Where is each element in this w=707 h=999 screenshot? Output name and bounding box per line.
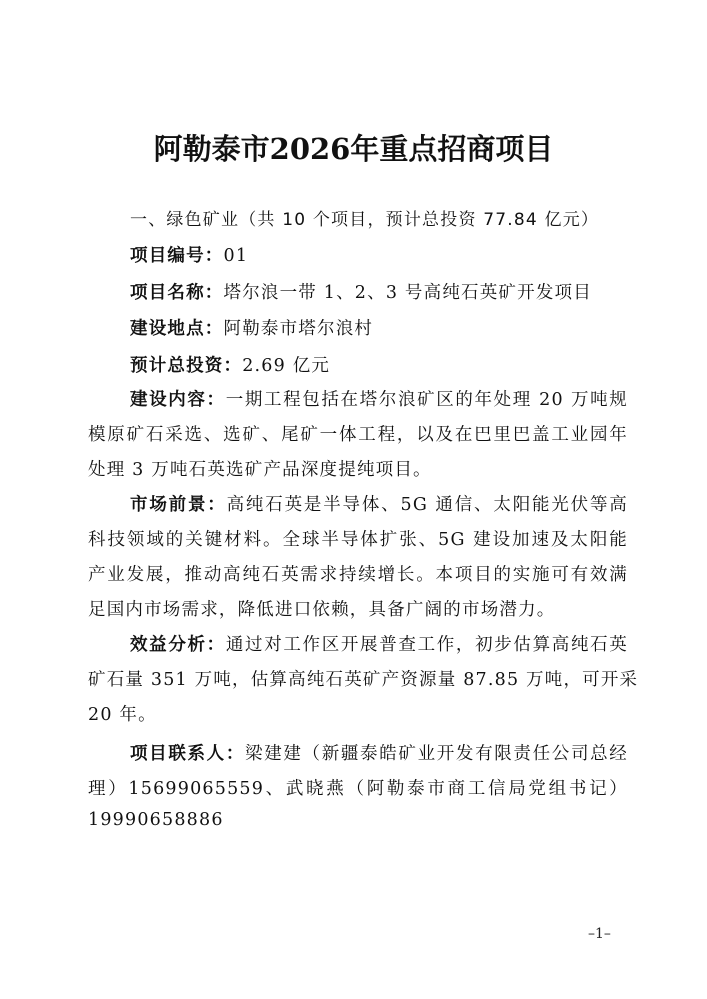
- contact-line-3: 19990658886: [88, 810, 628, 830]
- content-label: 建设内容：: [130, 390, 226, 410]
- location-value: 阿勒泰市塔尔浪村: [224, 319, 374, 339]
- market-line-4: 足国内市场需求，降低进口依赖，具备广阔的市场潜力。: [88, 596, 628, 621]
- investment-label: 预计总投资：: [130, 356, 242, 376]
- benefit-line-1: 效益分析：通过对工作区开展普查工作，初步估算高纯石英: [130, 631, 628, 656]
- project-name-label: 项目名称：: [130, 283, 224, 303]
- contact-label: 项目联系人：: [130, 744, 245, 764]
- content-line-2: 模原矿石采选、选矿、尾矿一体工程，以及在巴里巴盖工业园年: [88, 421, 628, 446]
- project-number-row: 项目编号：01: [130, 242, 670, 267]
- market-label: 市场前景：: [130, 495, 227, 515]
- project-name-value: 塔尔浪一带 1、2、3 号高纯石英矿开发项目: [224, 283, 592, 303]
- page-title: 阿勒泰市2026年重点招商项目: [0, 127, 707, 168]
- investment-value: 2.69 亿元: [242, 356, 330, 376]
- content-line-3: 处理 3 万吨石英选矿产品深度提纯项目。: [88, 456, 628, 481]
- market-line-3: 产业发展，推动高纯石英需求持续增长。本项目的实施可有效满: [88, 561, 628, 586]
- location-label: 建设地点：: [130, 319, 224, 339]
- section-heading: 一、绿色矿业（共 10 个项目，预计总投资 77.84 亿元）: [130, 205, 670, 230]
- contact-line-2: 理）15699065559、武晓燕（阿勒泰市商工信局党组书记）: [88, 775, 628, 800]
- project-number-value: 01: [224, 246, 249, 266]
- investment-row: 预计总投资：2.69 亿元: [130, 352, 670, 377]
- benefit-line-2: 矿石量 351 万吨，估算高纯石英矿产资源量 87.85 万吨，可开采: [88, 666, 628, 691]
- project-name-row: 项目名称：塔尔浪一带 1、2、3 号高纯石英矿开发项目: [130, 279, 670, 304]
- project-number-label: 项目编号：: [130, 246, 224, 266]
- market-line-2: 科技领域的关键材料。全球半导体扩张、5G 建设加速及太阳能: [88, 526, 628, 551]
- content-line-1: 建设内容：一期工程包括在塔尔浪矿区的年处理 20 万吨规: [130, 386, 628, 411]
- location-row: 建设地点：阿勒泰市塔尔浪村: [130, 315, 670, 340]
- benefit-line-3: 20 年。: [88, 701, 628, 726]
- page-number: –1–: [588, 926, 611, 942]
- market-line-1: 市场前景：高纯石英是半导体、5G 通信、太阳能光伏等高: [130, 491, 628, 516]
- contact-line-1: 项目联系人：梁建建（新疆泰皓矿业开发有限责任公司总经: [130, 740, 628, 765]
- benefit-label: 效益分析：: [130, 635, 226, 655]
